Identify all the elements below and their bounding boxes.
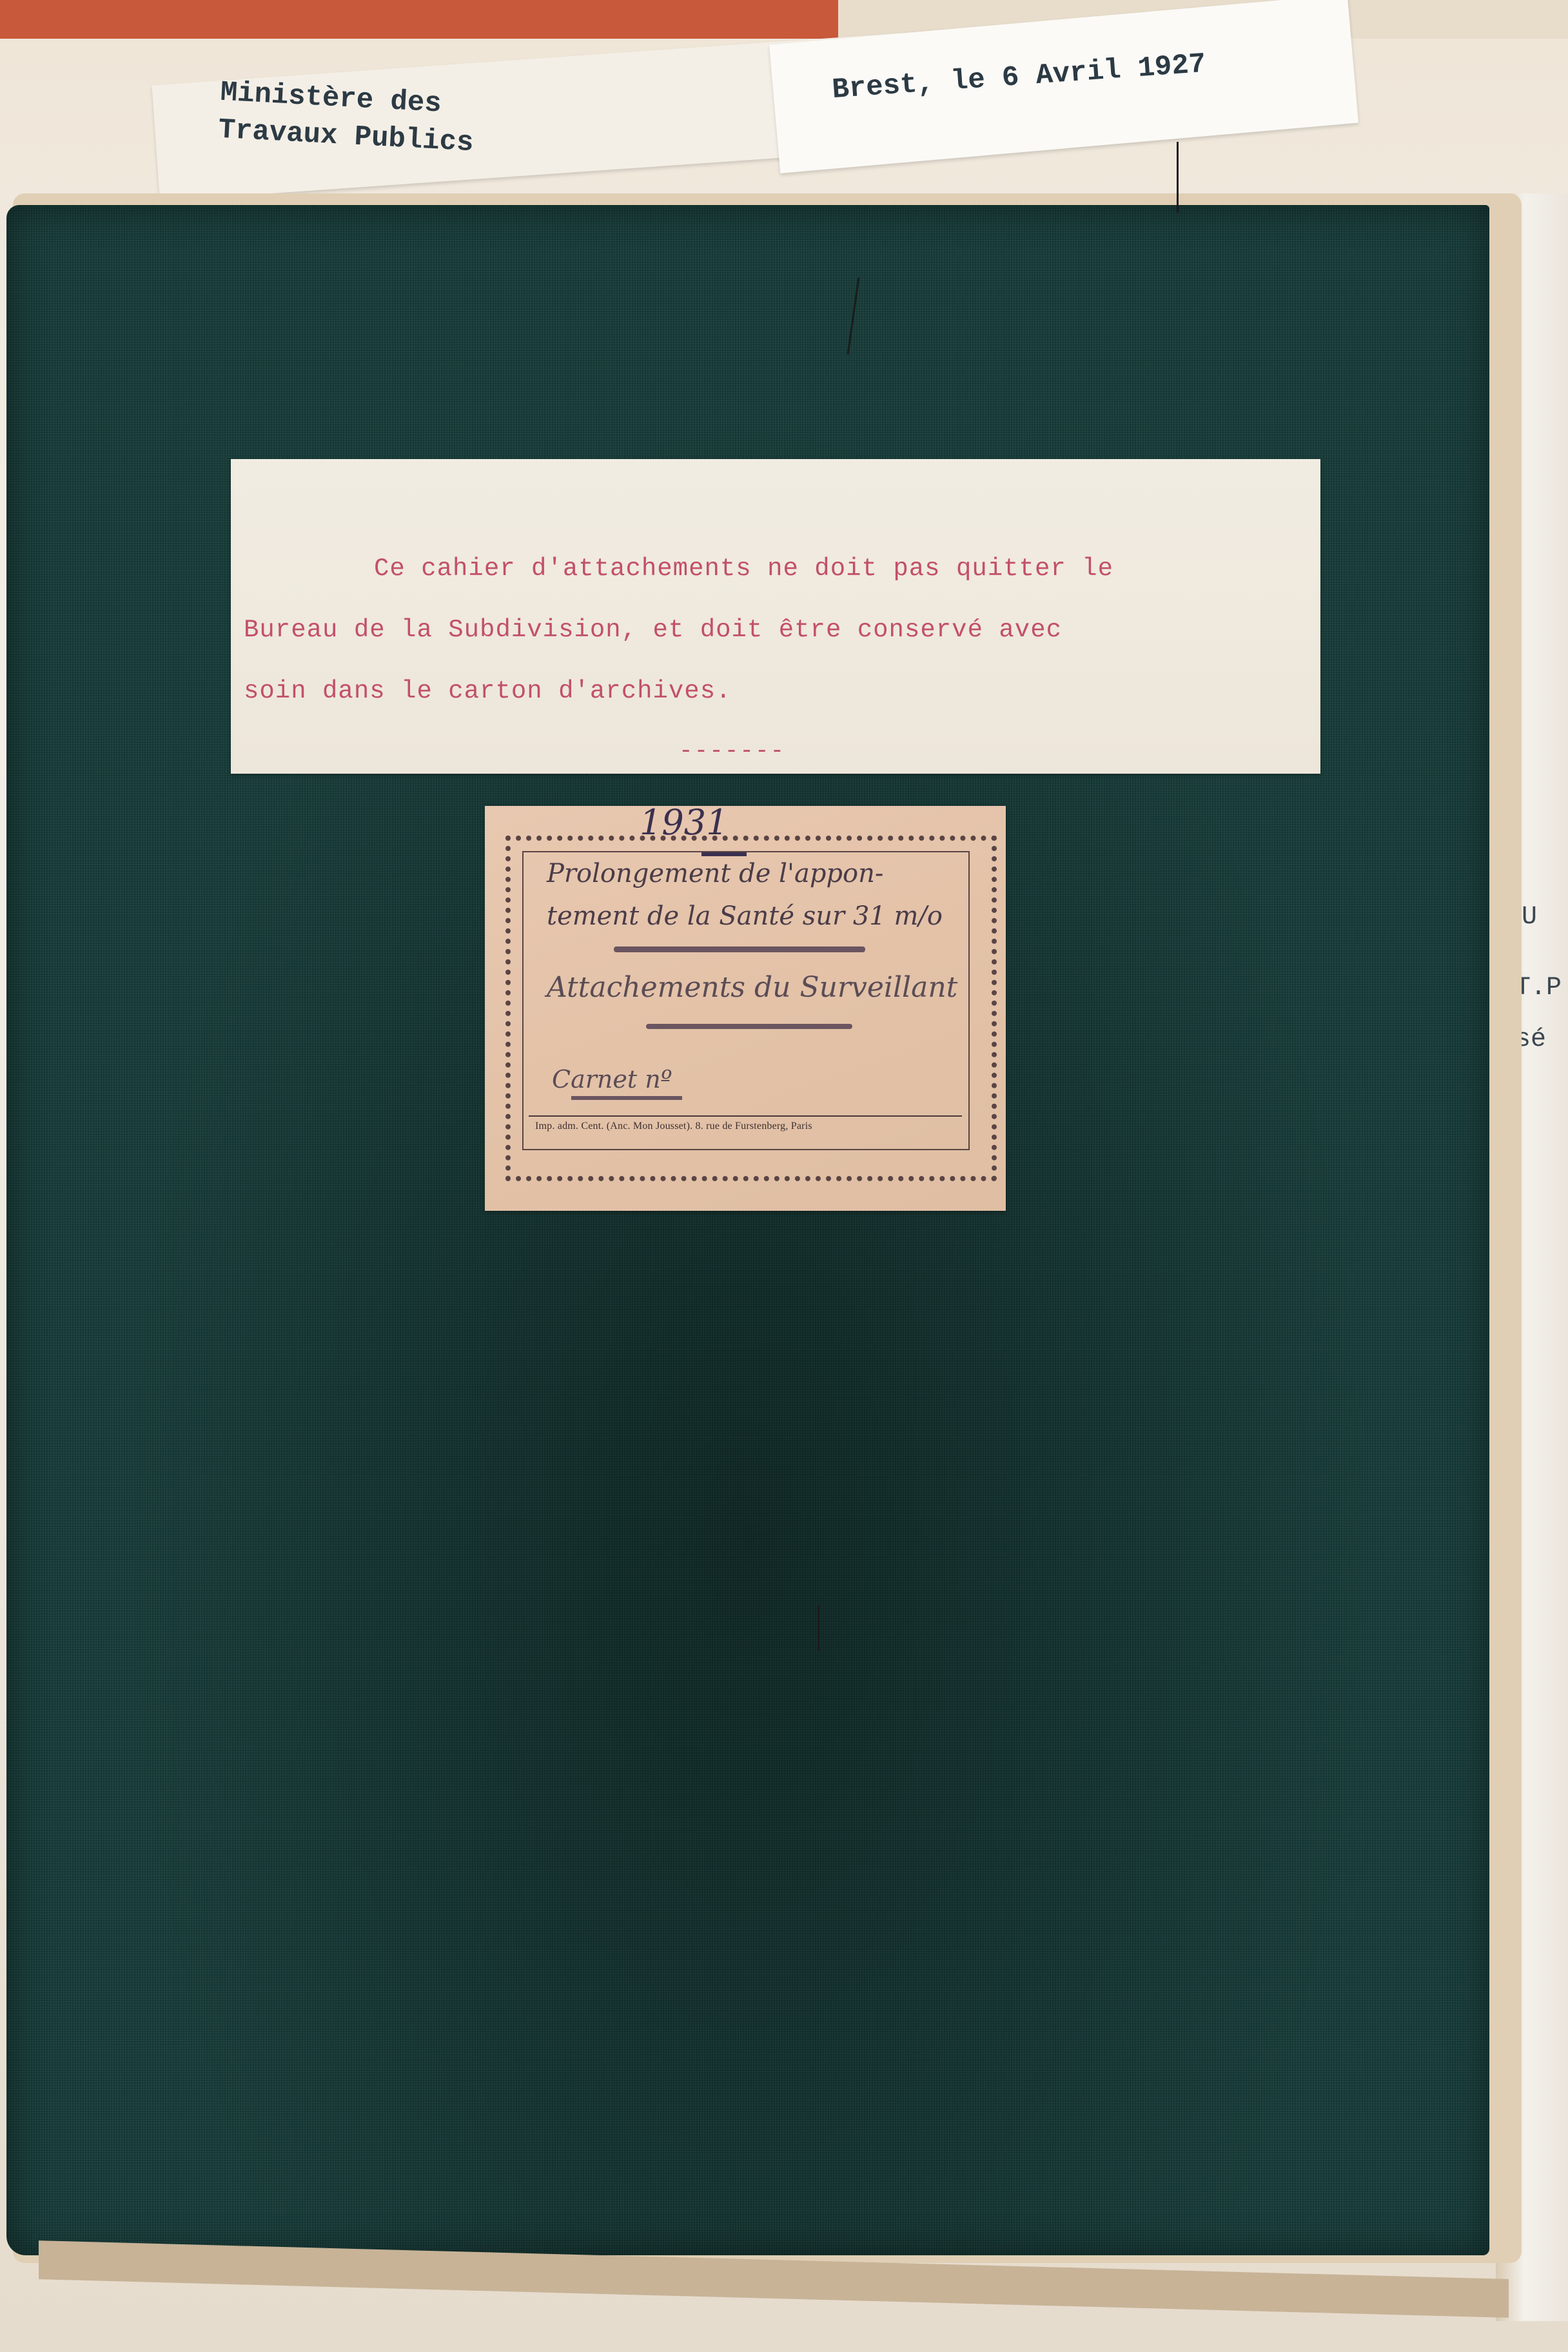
label-divider <box>646 1024 852 1029</box>
notice-card: Ce cahier d'attachements ne doit pas qui… <box>231 459 1320 774</box>
loose-thread <box>1177 142 1179 213</box>
notice-separator: ------- <box>679 738 785 764</box>
ministry-header: Ministère des Travaux Publics <box>217 74 476 162</box>
label-divider <box>614 946 865 952</box>
notebook-label: 1931 Prolongement de l'appon- tement de … <box>485 806 1006 1211</box>
notice-line-2: Bureau de la Subdivision, et doit être c… <box>244 616 1062 644</box>
loose-thread <box>818 1605 819 1651</box>
printer-imprint: Imp. adm. Cent. (Anc. Mon Jousset). 8. r… <box>535 1121 812 1132</box>
label-subtitle: Attachements du Surveillant <box>547 971 957 1004</box>
fragment-tp: T.P <box>1515 974 1562 1003</box>
label-title-line-1: Prolongement de l'appon- <box>547 859 883 888</box>
printer-rule <box>529 1115 962 1117</box>
fragment-u: U <box>1522 903 1537 932</box>
label-carnet: Carnet nº <box>552 1065 672 1093</box>
year-underline <box>701 852 747 856</box>
notice-line-1: Ce cahier d'attachements ne doit pas qui… <box>374 554 1113 583</box>
carnet-underline <box>571 1096 682 1100</box>
label-title-line-2: tement de la Santé sur 31 m/o <box>547 901 943 931</box>
label-year: 1931 <box>640 802 728 843</box>
notice-line-3: soin dans le carton d'archives. <box>244 677 732 705</box>
